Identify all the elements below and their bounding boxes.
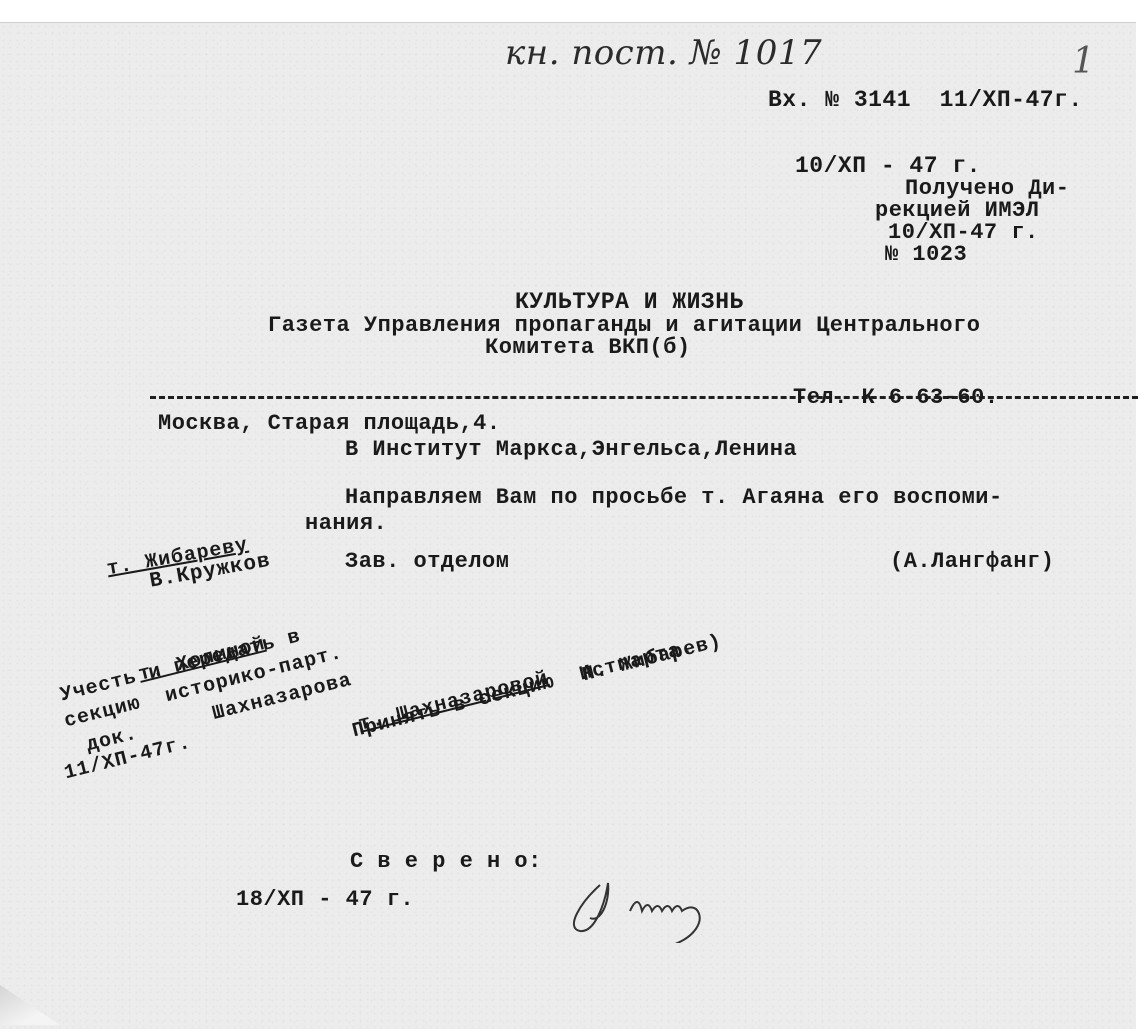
incoming-stamp: Вх. № 3141 11/ХП-47г. bbox=[768, 87, 1083, 113]
signature-text: Холина bbox=[610, 875, 617, 876]
letterhead-subtitle-2: Комитета ВКП(б) bbox=[485, 335, 691, 360]
signature-icon bbox=[560, 873, 780, 943]
recipient: В Институт Маркса,Энгельса,Ленина bbox=[345, 437, 797, 462]
signoff-title: Зав. отделом bbox=[345, 549, 509, 574]
phone-number: Тел. К 6-63-60. bbox=[793, 385, 999, 410]
verified-date: 18/ХП - 47 г. bbox=[236, 887, 414, 912]
shakhnazarova-line-2: Н. Жибарев) bbox=[580, 630, 724, 687]
page-number: 1 bbox=[1072, 41, 1095, 82]
letterhead-title: КУЛЬТУРА И ЖИЗНЬ bbox=[515, 289, 744, 315]
signoff-name: (А.Лангфанг) bbox=[890, 549, 1054, 574]
address: Москва, Старая площадь,4. bbox=[158, 411, 501, 436]
verified-label: С в е р е н о: bbox=[350, 849, 542, 874]
received-line-4: № 1023 bbox=[885, 242, 967, 267]
handwritten-archive-number: кн. пост. № 1017 bbox=[505, 33, 822, 73]
document-sheet: кн. пост. № 1017 1 Вх. № 3141 11/ХП-47г.… bbox=[0, 22, 1136, 1029]
body-line-2: нания. bbox=[305, 511, 387, 536]
body-line-1: Направляем Вам по просьбе т. Агаяна его … bbox=[345, 485, 1003, 510]
